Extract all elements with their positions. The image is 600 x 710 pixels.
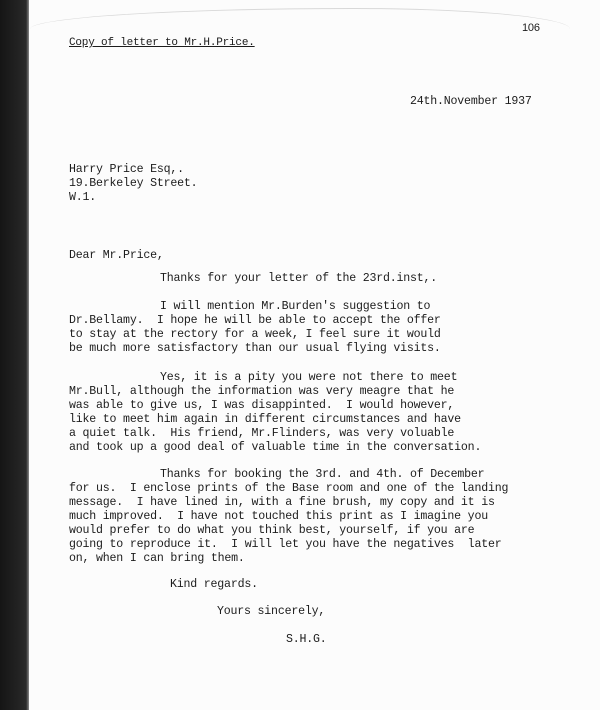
paragraph-2-line-2: Dr.Bellamy. I hope he will be able to ac… [69,314,441,328]
paragraph-4-line-2: for us. I enclose prints of the Base roo… [69,482,508,496]
paragraph-3-line-4: like to meet him again in different circ… [69,413,461,427]
paragraph-2-line-1: I will mention Mr.Burden's suggestion to [160,300,430,314]
paragraph-4-line-7: on, when I can bring them. [69,552,245,566]
paragraph-3-line-5: a quiet talk. His friend, Mr.Flinders, w… [69,427,454,441]
salutation: Dear Mr.Price, [69,249,164,263]
paragraph-4-line-1: Thanks for booking the 3rd. and 4th. of … [160,468,484,482]
closing: Kind regards. [170,578,258,592]
recipient-district: W.1. [69,191,96,205]
letter-date: 24th.November 1937 [410,95,532,109]
paragraph-3-line-2: Mr.Bull, although the information was ve… [69,385,454,399]
scan-binding-edge [0,0,29,710]
paragraph-3-line-6: and took up a good deal of valuable time… [69,441,481,455]
valediction: Yours sincerely, [217,605,325,619]
recipient-street: 19.Berkeley Street. [69,177,197,191]
signature: S.H.G. [286,633,327,647]
paragraph-2-line-4: be much more satisfactory than our usual… [69,342,441,356]
paragraph-2-line-3: to stay at the rectory for a week, I fee… [69,328,441,342]
recipient-name: Harry Price Esq,. [69,163,184,177]
paragraph-4-line-4: much improved. I have not touched this p… [69,510,488,524]
paragraph-4-line-3: message. I have lined in, with a fine br… [69,496,495,510]
paragraph-1-line-1: Thanks for your letter of the 23rd.inst,… [160,272,437,286]
paragraph-3-line-1: Yes, it is a pity you were not there to … [160,371,457,385]
paragraph-4-line-6: going to reproduce it. I will let you ha… [69,538,501,552]
paragraph-3-line-3: was able to give us, I was disappinted. … [69,399,454,413]
paragraph-4-line-5: would prefer to do what you think best, … [69,524,474,538]
page-number: 106 [522,21,540,35]
letter-heading: Copy of letter to Mr.H.Price. [69,36,255,50]
